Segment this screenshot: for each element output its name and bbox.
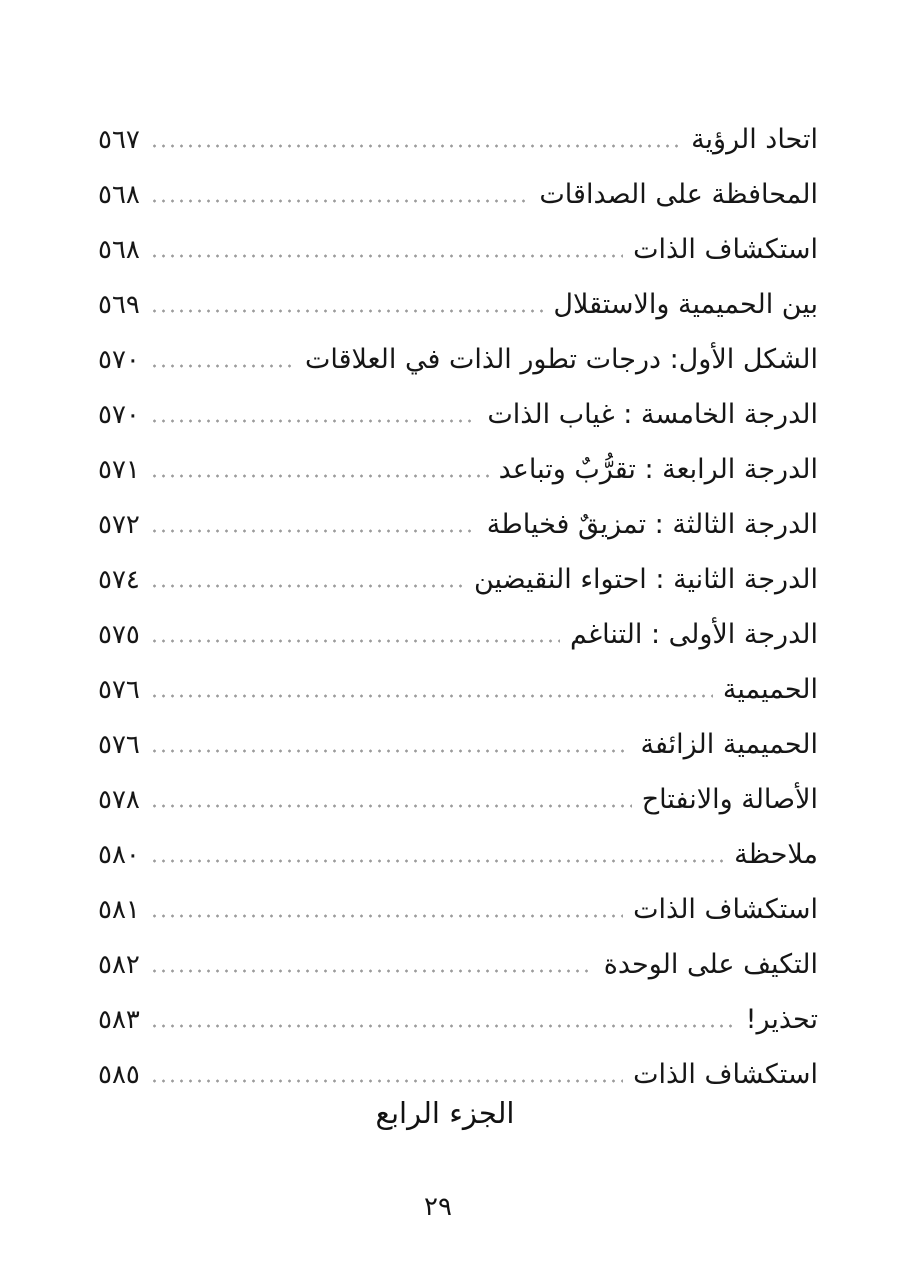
toc-entry-page-number: ٥٧٢ bbox=[98, 510, 140, 540]
toc-entry: استكشاف الذات ٥٨٥ bbox=[98, 1047, 818, 1102]
dot-leader bbox=[150, 144, 681, 148]
toc-entry-page-number: ٥٨٣ bbox=[98, 1005, 140, 1035]
toc-entry-page-number: ٥٦٧ bbox=[98, 125, 140, 155]
toc-entry-title: استكشاف الذات bbox=[633, 1059, 818, 1090]
dot-leader bbox=[150, 639, 560, 643]
toc-entry: الدرجة الثانية : احتواء النقيضين ٥٧٤ bbox=[98, 552, 818, 607]
toc-entry-page-number: ٥٨٥ bbox=[98, 1060, 140, 1090]
dot-leader bbox=[150, 529, 477, 533]
toc-entry: المحافظة على الصداقات ٥٦٨ bbox=[98, 167, 818, 222]
dot-leader bbox=[150, 914, 623, 918]
toc-entry: الدرجة الأولى : التناغم ٥٧٥ bbox=[98, 607, 818, 662]
toc-entry-title: الأصالة والانفتاح bbox=[642, 784, 818, 815]
toc-entry-page-number: ٥٧١ bbox=[98, 455, 140, 485]
toc-entry: اتحاد الرؤية ٥٦٧ bbox=[98, 112, 818, 167]
toc-entry-title: الشكل الأول: درجات تطور الذات في العلاقا… bbox=[305, 344, 818, 375]
toc-entry-page-number: ٥٧٤ bbox=[98, 565, 140, 595]
dot-leader bbox=[150, 254, 623, 258]
toc-entry: الدرجة الخامسة : غياب الذات ٥٧٠ bbox=[98, 387, 818, 442]
toc-entry: الحميمية ٥٧٦ bbox=[98, 662, 818, 717]
dot-leader bbox=[150, 584, 464, 588]
toc-entry-title: الدرجة الثالثة : تمزيقٌ فخياطة bbox=[487, 509, 818, 540]
book-page: اتحاد الرؤية ٥٦٧ المحافظة على الصداقات ٥… bbox=[0, 0, 906, 1280]
dot-leader bbox=[150, 969, 594, 973]
toc-entry: التكيف على الوحدة ٥٨٢ bbox=[98, 937, 818, 992]
toc-entry-title: الدرجة الأولى : التناغم bbox=[570, 619, 818, 650]
toc-entry: استكشاف الذات ٥٦٨ bbox=[98, 222, 818, 277]
toc-entry-title: الدرجة الرابعة : تقرُّبٌ وتباعد bbox=[499, 454, 818, 485]
toc-entry-title: الدرجة الثانية : احتواء النقيضين bbox=[474, 564, 818, 595]
toc-entry-title: الدرجة الخامسة : غياب الذات bbox=[487, 399, 818, 430]
toc-entry-title: استكشاف الذات bbox=[633, 234, 818, 265]
dot-leader bbox=[150, 474, 489, 478]
dot-leader bbox=[150, 364, 295, 368]
dot-leader bbox=[150, 309, 543, 313]
toc-entry: الحميمية الزائفة ٥٧٦ bbox=[98, 717, 818, 772]
toc-entry-page-number: ٥٨١ bbox=[98, 895, 140, 925]
dot-leader bbox=[150, 1024, 736, 1028]
toc-entry: الدرجة الرابعة : تقرُّبٌ وتباعد ٥٧١ bbox=[98, 442, 818, 497]
toc-entry-title: بين الحميمية والاستقلال bbox=[553, 289, 818, 320]
dot-leader bbox=[150, 694, 713, 698]
toc-entry-title: الحميمية الزائفة bbox=[640, 729, 818, 760]
toc-entry-title: اتحاد الرؤية bbox=[691, 124, 818, 155]
dot-leader bbox=[150, 804, 632, 808]
toc-entry-page-number: ٥٨٢ bbox=[98, 950, 140, 980]
dot-leader bbox=[150, 749, 631, 753]
toc-entry-title: المحافظة على الصداقات bbox=[539, 179, 818, 210]
toc-entry: الدرجة الثالثة : تمزيقٌ فخياطة ٥٧٢ bbox=[98, 497, 818, 552]
toc-entry-title: الحميمية bbox=[723, 674, 818, 705]
toc-entry-page-number: ٥٦٩ bbox=[98, 290, 140, 320]
toc-entry: بين الحميمية والاستقلال ٥٦٩ bbox=[98, 277, 818, 332]
toc-entry-page-number: ٥٦٨ bbox=[98, 180, 140, 210]
dot-leader bbox=[150, 859, 724, 863]
toc-entry-title: استكشاف الذات bbox=[633, 894, 818, 925]
dot-leader bbox=[150, 1079, 623, 1083]
toc-entry: الشكل الأول: درجات تطور الذات في العلاقا… bbox=[98, 332, 818, 387]
dot-leader bbox=[150, 199, 529, 203]
toc-entry: ملاحظة ٥٨٠ bbox=[98, 827, 818, 882]
toc-entry-page-number: ٥٦٨ bbox=[98, 235, 140, 265]
toc-entry-page-number: ٥٧٠ bbox=[98, 345, 140, 375]
toc-entry: تحذير! ٥٨٣ bbox=[98, 992, 818, 1047]
toc-entry-page-number: ٥٧٥ bbox=[98, 620, 140, 650]
toc-entry-title: ملاحظة bbox=[734, 839, 818, 870]
toc-entry-page-number: ٥٧٦ bbox=[98, 730, 140, 760]
toc-list: اتحاد الرؤية ٥٦٧ المحافظة على الصداقات ٥… bbox=[98, 112, 818, 1102]
toc-entry-title: تحذير! bbox=[746, 1004, 818, 1035]
section-heading: الجزء الرابع bbox=[0, 1096, 890, 1130]
page-number: ٢٩ bbox=[0, 1192, 876, 1222]
toc-entry-page-number: ٥٧٨ bbox=[98, 785, 140, 815]
toc-entry-page-number: ٥٧٠ bbox=[98, 400, 140, 430]
toc-entry: استكشاف الذات ٥٨١ bbox=[98, 882, 818, 937]
toc-entry-page-number: ٥٧٦ bbox=[98, 675, 140, 705]
dot-leader bbox=[150, 419, 477, 423]
toc-entry: الأصالة والانفتاح ٥٧٨ bbox=[98, 772, 818, 827]
toc-entry-page-number: ٥٨٠ bbox=[98, 840, 140, 870]
toc-entry-title: التكيف على الوحدة bbox=[604, 949, 818, 980]
